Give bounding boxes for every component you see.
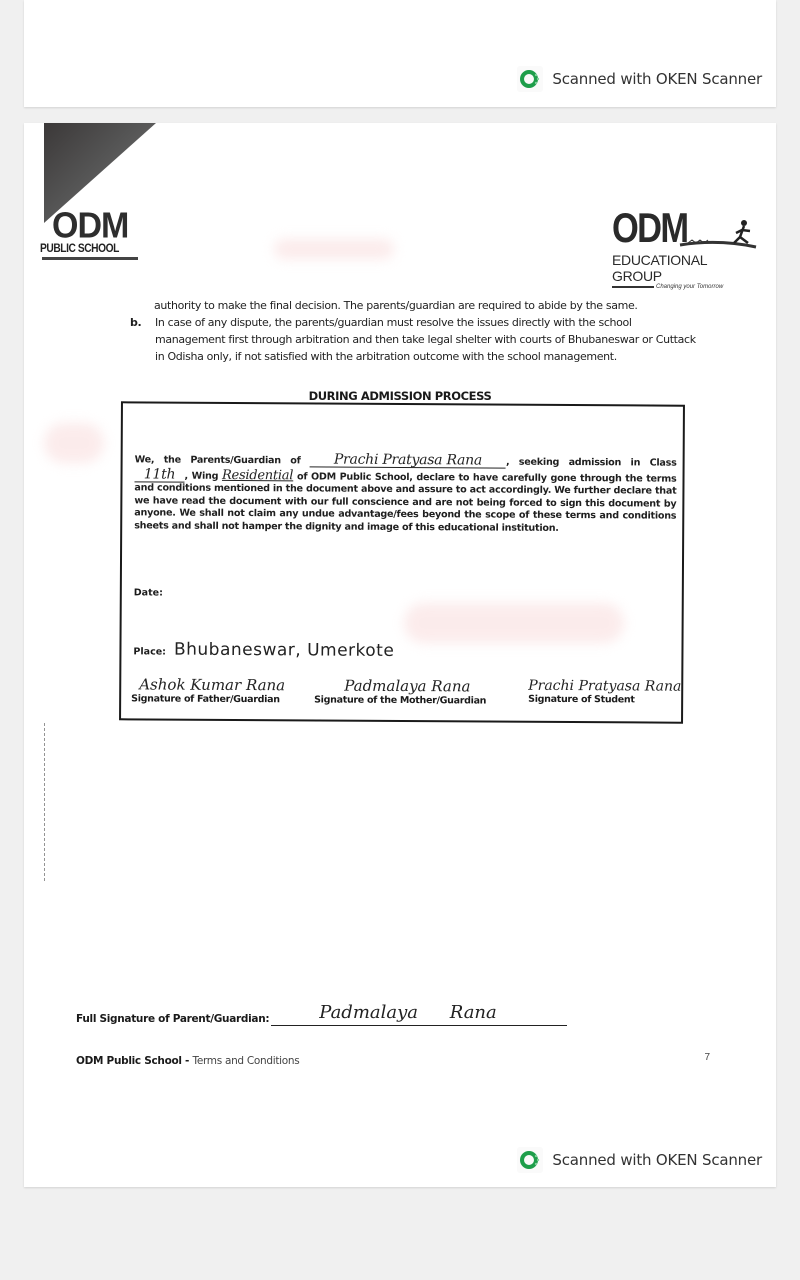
oken-logo-icon: [517, 66, 543, 92]
place-row: Place: Bhubaneswar, Umerkote: [133, 639, 394, 661]
tagline-rule: [612, 286, 654, 288]
student-signature[interactable]: Prachi Pratyasa Rana: [528, 678, 681, 695]
student-signature-label: Signature of Student: [528, 694, 681, 706]
scan-edge-line: [44, 723, 45, 883]
mother-signature[interactable]: Padmalaya Rana: [314, 676, 486, 695]
wing-field[interactable]: Residential: [222, 467, 293, 482]
runner-icon: [678, 217, 758, 253]
signature-student: Prachi Pratyasa Rana Signature of Studen…: [528, 678, 681, 706]
full-signature-row: Full Signature of Parent/Guardian: Padma…: [76, 999, 567, 1026]
clause-b-text: In case of any dispute, the parents/guar…: [155, 314, 700, 365]
logo-subtitle: EDUCATIONAL GROUP: [612, 252, 758, 284]
signature-father: Ashok Kumar Rana Signature of Father/Gua…: [131, 675, 285, 705]
date-label: Date:: [134, 587, 163, 598]
logo-tagline: Changing your Tomorrow: [656, 284, 723, 290]
watermark-text: Scanned with OKEN Scanner: [552, 70, 762, 88]
odm-public-school-logo: ODM PUBLIC SCHOOL: [44, 211, 144, 260]
footer-school: ODM Public School: [76, 1055, 182, 1067]
full-signature-label: Full Signature of Parent/Guardian:: [76, 1013, 269, 1026]
place-label: Place:: [133, 646, 166, 657]
logo-tagline-row: Changing your Tomorrow: [612, 284, 758, 290]
scanned-page-previous: Scanned with OKEN Scanner: [24, 0, 776, 107]
declaration-part: , Wing: [184, 470, 222, 481]
declaration-box: We, the Parents/Guardian of Prachi Praty…: [119, 401, 685, 723]
odm-educational-group-logo: ODM EDUCATIONAL GROUP Changing your Tomo…: [612, 209, 758, 290]
scanner-watermark: Scanned with OKEN Scanner: [517, 66, 762, 92]
full-signature-value: Padmalaya Rana: [319, 1002, 497, 1023]
student-name-field[interactable]: Prachi Pratyasa Rana: [310, 452, 506, 468]
father-signature[interactable]: Ashok Kumar Rana: [131, 675, 285, 694]
scanner-watermark: Scanned with OKEN Scanner: [517, 1147, 762, 1173]
oken-logo-icon: [517, 1147, 543, 1173]
footer-separator: -: [182, 1055, 193, 1067]
logo-mark: ODM: [44, 210, 144, 242]
clause-b-label: b.: [130, 314, 141, 331]
logo-underline: [42, 257, 138, 260]
scan-smudge: [44, 423, 104, 463]
father-signature-label: Signature of Father/Guardian: [131, 693, 285, 705]
mother-signature-label: Signature of the Mother/Guardian: [314, 694, 486, 706]
signature-mother: Padmalaya Rana Signature of the Mother/G…: [314, 676, 486, 706]
clause-a-continuation: authority to make the final decision. Th…: [154, 297, 638, 314]
scan-smudge: [274, 239, 394, 259]
declaration-text: We, the Parents/Guardian of Prachi Praty…: [134, 451, 676, 536]
scanned-page-terms: ODM PUBLIC SCHOOL ODM EDUCATIONAL GROUP …: [24, 123, 776, 1187]
logo-subtitle: PUBLIC SCHOOL: [40, 241, 128, 255]
watermark-text: Scanned with OKEN Scanner: [552, 1151, 762, 1169]
class-field[interactable]: 11th: [134, 467, 184, 482]
place-value[interactable]: Bhubaneswar, Umerkote: [174, 640, 394, 661]
full-signature-line[interactable]: Padmalaya Rana: [271, 999, 567, 1026]
declaration-part: , seeking admission in Class: [506, 457, 677, 469]
page-footer: ODM Public School - Terms and Conditions: [76, 1055, 299, 1067]
footer-doc-title: Terms and Conditions: [192, 1055, 299, 1067]
declaration-part: We, the Parents/Guardian of: [135, 454, 310, 466]
page-number: 7: [704, 1052, 710, 1063]
